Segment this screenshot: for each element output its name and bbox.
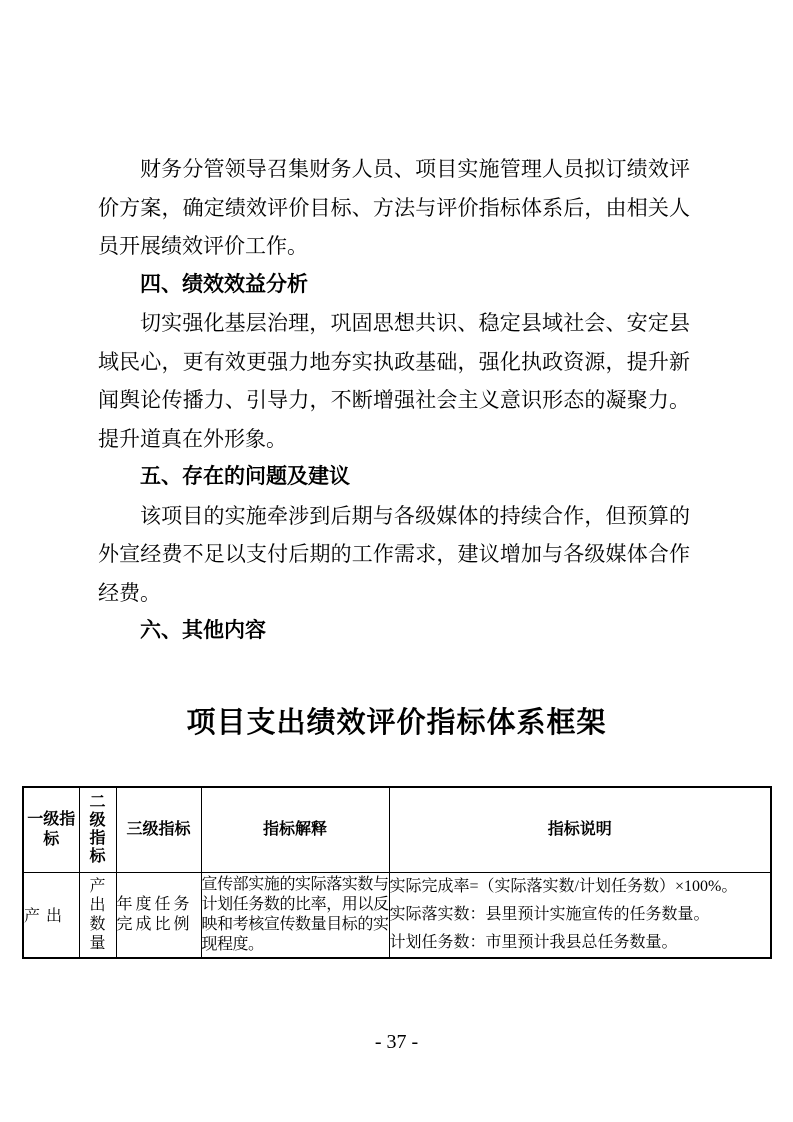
header-level2-indicator: 二级指标 xyxy=(79,787,116,873)
cell-indicator-description: 实际完成率=（实际落实数/计划任务数）×100%。 实际落实数：县里预计实施宣传… xyxy=(389,872,771,958)
header-level2-vertical-text: 二级指标 xyxy=(89,794,106,866)
paragraph-evaluation-process: 财务分管领导召集财务人员、项目实施管理人员拟订绩效评价方案，确定绩效评价目标、方… xyxy=(98,150,690,266)
indicator-framework-table: 一级指标 二级指标 三级指标 指标解释 指标说明 产出 产出数量 年度任务完成比… xyxy=(22,786,772,959)
section-heading-6: 六、其他内容 xyxy=(98,612,690,651)
cell-level1-output: 产出 xyxy=(23,872,79,958)
description-line-actual: 实际落实数：县里预计实施宣传的任务数量。 xyxy=(390,901,771,929)
table-title: 项目支出绩效评价指标体系框架 xyxy=(0,705,793,742)
body-text: 财务分管领导召集财务人员、项目实施管理人员拟订绩效评价方案，确定绩效评价目标、方… xyxy=(0,0,793,651)
header-indicator-explanation: 指标解释 xyxy=(201,787,389,873)
header-level3-indicator: 三级指标 xyxy=(116,787,201,873)
section-heading-4: 四、绩效效益分析 xyxy=(98,266,690,305)
description-line-formula: 实际完成率=（实际落实数/计划任务数）×100%。 xyxy=(390,873,771,901)
paragraph-problems-suggestions: 该项目的实施牵涉到后期与各级媒体的持续合作，但预算的外宣经费不足以支付后期的工作… xyxy=(98,497,690,613)
header-level1-indicator: 一级指标 xyxy=(23,787,79,873)
cell-indicator-explanation: 宣传部实施的实际落实数与计划任务数的比率，用以反映和考核宣传数量目标的实现程度。 xyxy=(201,872,389,958)
table-row: 产出 产出数量 年度任务完成比例 宣传部实施的实际落实数与计划任务数的比率，用以… xyxy=(23,872,771,958)
table-header-row: 一级指标 二级指标 三级指标 指标解释 指标说明 xyxy=(23,787,771,873)
paragraph-benefit-analysis: 切实强化基层治理，巩固思想共识、稳定县域社会、安定县域民心，更有效更强力地夯实执… xyxy=(98,304,690,458)
page-number: - 37 - xyxy=(0,1030,793,1054)
cell-level2-vertical-text: 产出数量 xyxy=(89,877,106,953)
section-heading-5: 五、存在的问题及建议 xyxy=(98,458,690,497)
document-page: 财务分管领导召集财务人员、项目实施管理人员拟订绩效评价方案，确定绩效评价目标、方… xyxy=(0,0,793,1122)
cell-level2-output-quantity: 产出数量 xyxy=(79,872,116,958)
header-indicator-description: 指标说明 xyxy=(389,787,771,873)
cell-level3-annual-task-ratio: 年度任务完成比例 xyxy=(116,872,201,958)
description-line-planned: 计划任务数：市里预计我县总任务数量。 xyxy=(390,929,771,957)
